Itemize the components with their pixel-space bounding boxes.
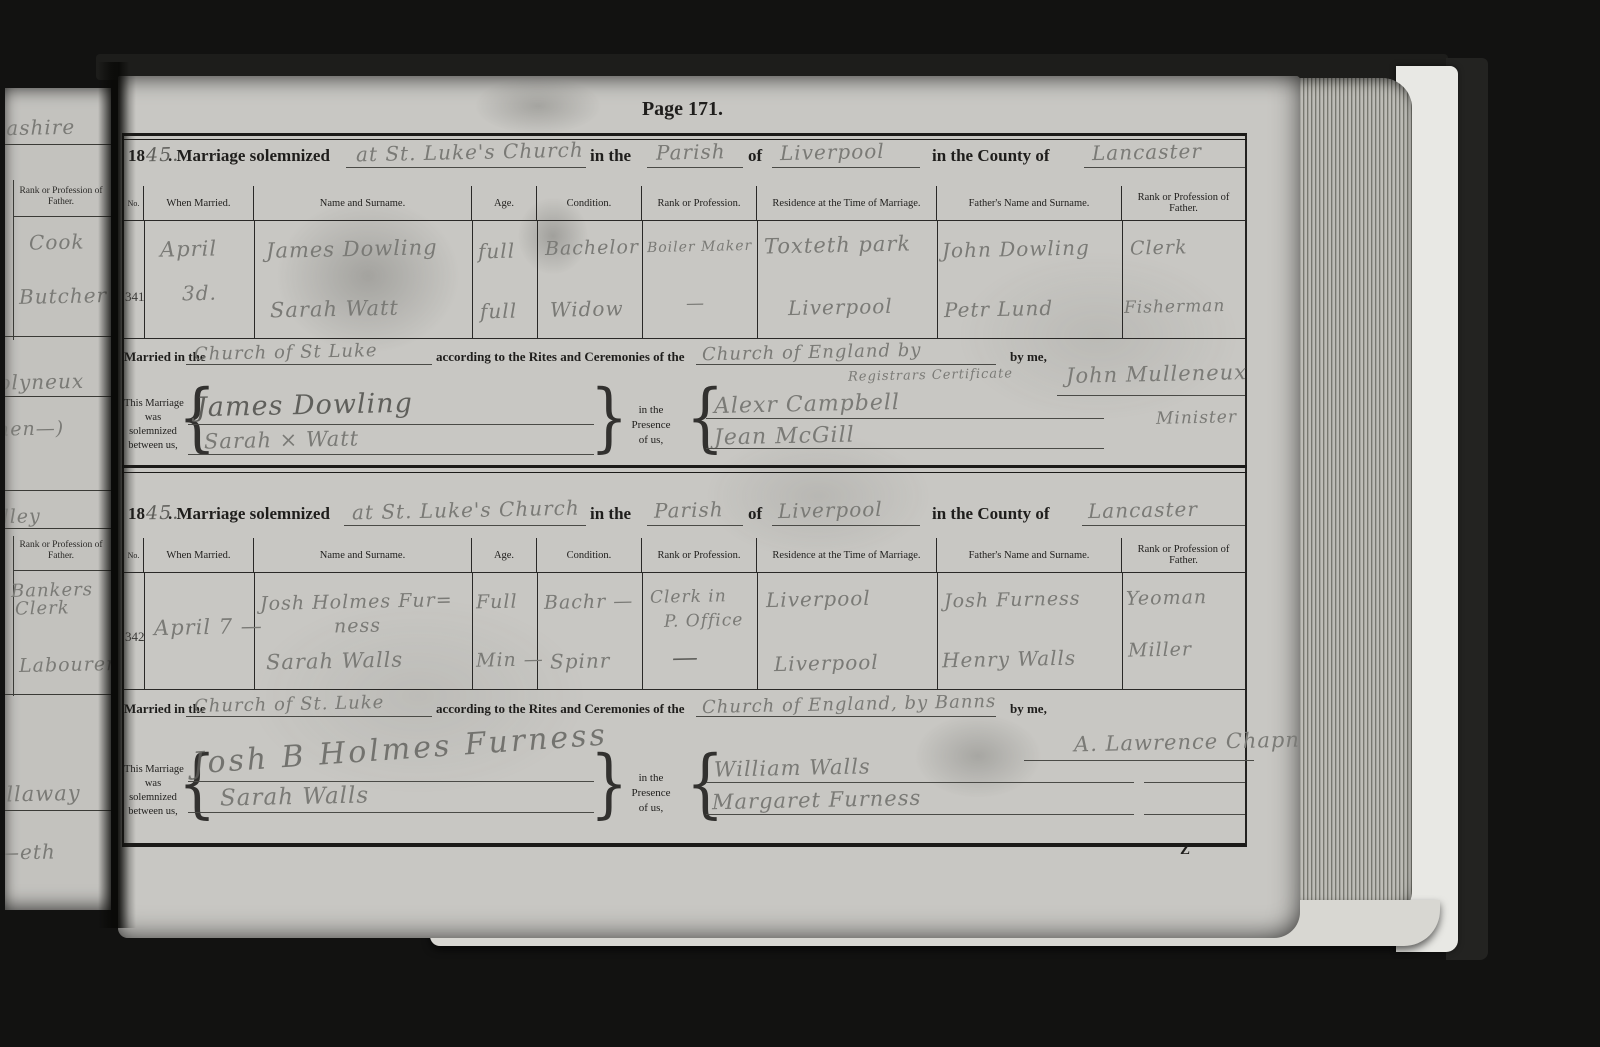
bride-age: Min — — [476, 648, 544, 671]
col-residence: Residence at the Time of Marriage. — [757, 538, 937, 572]
rule — [757, 221, 758, 338]
col-when-married: When Married. — [144, 186, 254, 220]
page-stack-fore-edge — [1288, 78, 1412, 924]
caption-printed: of — [748, 146, 762, 166]
left-top-scrawl: Lancashire — [5, 115, 75, 142]
rule — [13, 570, 111, 571]
rule — [346, 167, 586, 168]
when-married: April 7 — — [154, 614, 263, 640]
rule — [642, 221, 643, 338]
rule — [937, 573, 938, 689]
rule — [1122, 573, 1123, 689]
printer-signature-mark: Z — [1180, 842, 1190, 859]
rule — [188, 812, 594, 813]
witness-1-signature: Alexr Campbell — [714, 390, 900, 419]
church-handwritten: at St. Luke's Church — [352, 496, 580, 525]
rule — [642, 573, 643, 689]
rule — [254, 221, 255, 338]
groom-profession: Clerk in — [650, 586, 727, 608]
marriage-table-2: No. When Married. Name and Surname. Age.… — [124, 538, 1245, 690]
groom-name-cont: ness — [334, 615, 381, 638]
col-name: Name and Surname. — [254, 186, 472, 220]
col-when-married: When Married. — [144, 538, 254, 572]
col-father: Father's Name and Surname. — [937, 186, 1122, 220]
rule — [186, 716, 432, 717]
groom-age: full — [478, 239, 516, 264]
book-gutter-shadow — [98, 62, 136, 928]
groom-father-rank: Clerk — [1130, 236, 1188, 259]
rule — [937, 221, 938, 338]
caption-printed: of — [748, 504, 762, 524]
col-condition: Condition. — [537, 186, 642, 220]
rule — [472, 573, 473, 689]
left-scrawl: —eth — [5, 839, 56, 864]
rule — [537, 573, 538, 689]
rule — [696, 716, 996, 717]
bride-condition: Widow — [550, 296, 624, 322]
groom-name: Josh Holmes Fur= — [260, 589, 453, 615]
groom-condition: Bachelor — [545, 236, 639, 260]
rule — [1144, 782, 1245, 783]
bride-name: Sarah Watt — [270, 296, 399, 323]
caption-printed: . Marriage solemnized — [168, 504, 330, 524]
section-divider — [122, 465, 1247, 468]
bride-profession: — — [686, 293, 705, 314]
registrar-note: Registrars Certificate — [848, 366, 1013, 384]
groom-condition: Bachr — — [544, 590, 634, 614]
rule — [188, 454, 594, 455]
left-scrawl: Molyneux — [5, 369, 84, 395]
col-residence: Residence at the Time of Marriage. — [757, 186, 937, 220]
caption-printed: in the — [590, 504, 631, 524]
groom-age: Full — [476, 591, 518, 614]
col-age: Age. — [472, 538, 537, 572]
rule — [647, 525, 743, 526]
groom-father-rank: Yeoman — [1126, 586, 1208, 610]
groom-signature: James Dowling — [196, 388, 414, 424]
rule — [537, 221, 538, 338]
groom-residence: Liverpool — [766, 586, 871, 612]
when-married-day: 3d. — [182, 281, 217, 306]
place-handwritten: Liverpool — [778, 497, 883, 523]
officiant-signature: John Mulleneux — [1066, 360, 1247, 388]
rule — [706, 418, 1104, 419]
printed: by me, — [1010, 701, 1047, 717]
col-rank: Rank or Profession. — [642, 538, 757, 572]
rule — [706, 448, 1104, 449]
col-age: Age. — [472, 186, 537, 220]
bride-father-rank: Miller — [1128, 638, 1192, 661]
left-scrawl: andley — [5, 505, 41, 528]
bride-condition: Spinr — [550, 648, 611, 673]
page-number: Page 171. — [118, 98, 1247, 121]
printed: of us, — [618, 434, 684, 446]
rule — [772, 167, 920, 168]
rule — [1082, 525, 1245, 526]
printed: according to the Rites and Ceremonies of… — [436, 701, 685, 717]
rule — [5, 490, 111, 491]
bride-father: Petr Lund — [944, 296, 1054, 322]
bride-age: full — [480, 299, 518, 324]
rule — [757, 573, 758, 689]
bride-father-rank: Fisherman — [1124, 296, 1226, 318]
col-father-rank: Rank or Profession of Father. — [1122, 538, 1245, 572]
when-married: April — [160, 236, 218, 261]
col-father: Father's Name and Surname. — [937, 538, 1122, 572]
groom-signature: Josh B Holmes Furness — [191, 718, 609, 782]
bride-father: Henry Walls — [942, 646, 1077, 673]
table-header-row: No. When Married. Name and Surname. Age.… — [124, 538, 1245, 573]
witness-1-signature: William Walls — [714, 754, 871, 781]
rule — [122, 472, 1247, 473]
church-handwritten: Church of St Luke — [194, 340, 378, 365]
groom-profession-cont: P. Office — [664, 610, 744, 632]
witness-2-signature: Margaret Furness — [712, 786, 922, 814]
rule — [1057, 395, 1245, 396]
left-entry: Butcher — [19, 283, 108, 309]
register-scan: Lancashire Rank or Profession of Father.… — [0, 0, 1600, 1047]
table-body: 342 April 7 — Josh Holmes Fur= ness Sara… — [124, 573, 1245, 690]
officiant-signature: A. Lawrence Chapn — [1074, 728, 1300, 757]
groom-name: James Dowling — [266, 235, 438, 263]
table-body: 341 April 3d. James Dowling Sarah Watt f… — [124, 221, 1245, 339]
table-header-row: No. When Married. Name and Surname. Age.… — [124, 186, 1245, 221]
bride-profession: — — [672, 643, 700, 674]
rule — [647, 167, 743, 168]
printed: in the — [618, 404, 684, 416]
rule — [1122, 221, 1123, 338]
church-handwritten: at St. Luke's Church — [356, 138, 584, 167]
bride-signature: Sarah Walls — [220, 782, 370, 811]
caption-printed: . Marriage solemnized — [168, 146, 330, 166]
register-page: Page 171. 18 45. . Marriage solemnized a… — [118, 76, 1300, 938]
rule — [144, 221, 145, 338]
bride-residence: Liverpool — [774, 650, 879, 676]
groom-father: John Dowling — [942, 235, 1090, 262]
officiant-title: Minister — [1156, 407, 1237, 429]
col-father-rank: Rank or Profession of Father. — [1122, 186, 1245, 220]
rule — [5, 396, 111, 397]
printed: Presence — [618, 787, 684, 799]
bride-signature: Sarah × Watt — [204, 426, 360, 453]
caption-printed: in the — [590, 146, 631, 166]
bride-residence: Liverpool — [788, 294, 893, 320]
groom-father: Josh Furness — [944, 588, 1081, 613]
printed: Presence — [618, 419, 684, 431]
left-column-header: Rank or Profession of Father. — [13, 540, 109, 561]
left-scrawl: hen—) — [5, 417, 64, 440]
caption-printed: in the County of — [932, 146, 1050, 166]
rule — [5, 336, 111, 337]
groom-profession: Boiler Maker — [647, 238, 753, 256]
witness-2-signature: Jean McGill — [714, 423, 855, 451]
marriage-table-1: No. When Married. Name and Surname. Age.… — [124, 186, 1245, 339]
printed: by me, — [1010, 349, 1047, 365]
register-frame: 18 45. . Marriage solemnized at St. Luke… — [122, 133, 1247, 847]
church-handwritten: Church of St. Luke — [194, 692, 385, 717]
left-entry: Clerk — [15, 597, 70, 619]
rule — [706, 814, 1134, 815]
rites-handwritten: Church of England, by Banns — [702, 691, 997, 718]
parish-handwritten: Parish — [656, 139, 726, 164]
rule — [186, 364, 432, 365]
rites-handwritten: Church of England by — [702, 340, 922, 366]
rule — [772, 525, 920, 526]
left-entry: Cook — [29, 229, 85, 254]
county-handwritten: Lancaster — [1088, 497, 1198, 523]
rule — [13, 216, 111, 217]
caption-printed: in the County of — [932, 504, 1050, 524]
rule — [188, 424, 594, 425]
printed: in the — [618, 772, 684, 784]
printed: according to the Rites and Ceremonies of… — [436, 349, 685, 365]
rule — [472, 221, 473, 338]
groom-residence: Toxteth park — [764, 231, 912, 258]
col-rank: Rank or Profession. — [642, 186, 757, 220]
rule — [1144, 814, 1245, 815]
printed: of us, — [618, 802, 684, 814]
rule — [706, 782, 1134, 783]
place-handwritten: Liverpool — [780, 139, 885, 165]
bride-name: Sarah Walls — [266, 648, 404, 675]
rule — [1024, 760, 1254, 761]
rule — [1084, 167, 1245, 168]
county-handwritten: Lancaster — [1092, 139, 1202, 165]
rule — [5, 144, 111, 145]
left-page-fragment: Lancashire Rank or Profession of Father.… — [5, 88, 111, 910]
col-condition: Condition. — [537, 538, 642, 572]
rule — [696, 364, 996, 365]
rule — [5, 694, 111, 695]
left-scrawl: Gallaway — [5, 781, 81, 807]
col-name: Name and Surname. — [254, 538, 472, 572]
rule — [5, 528, 111, 529]
rule — [188, 781, 594, 782]
parish-handwritten: Parish — [654, 497, 724, 522]
rule — [344, 525, 586, 526]
rule — [5, 810, 111, 811]
left-column-header: Rank or Profession of Father. — [13, 186, 109, 207]
